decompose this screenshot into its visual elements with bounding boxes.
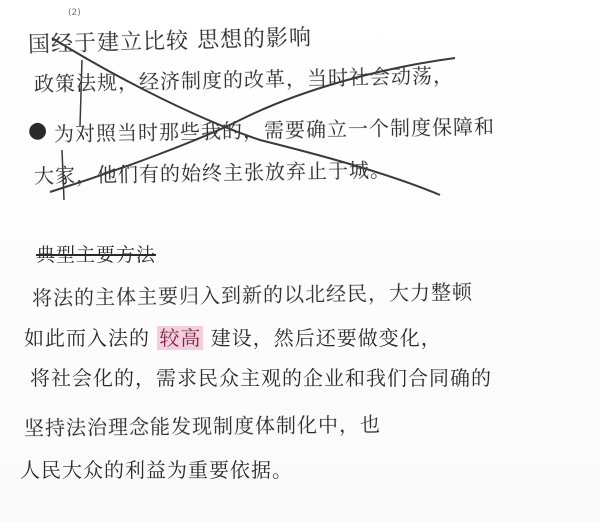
section2-line-5: 人民大众的利益为重要依据。 xyxy=(20,454,293,483)
section2-line-2-start: 如此而入法的 xyxy=(24,326,150,350)
handwritten-page: (2) 国经于建立比较 思想的影响 政策法规，经济制度的改革，当时社会动荡， ●… xyxy=(0,0,600,522)
section1-line-3: 为对照当时那些我的，需要确立一个制度保障和 xyxy=(54,110,495,147)
page-label: (2) xyxy=(68,8,81,18)
section2-line-4: 坚持法治理念能发现制度体制化中，也 xyxy=(24,408,381,441)
section2-line-2: 如此而入法的 较高 建设，然后还要做变化， xyxy=(24,322,442,351)
section2-line-1: 将法的主体主要归入到新的以北经民，大力整顿 xyxy=(32,276,473,311)
section2-line-3: 将社会化的，需求民众主观的企业和我们合同确的 xyxy=(30,362,492,391)
highlighted-word: 较高 xyxy=(157,326,203,350)
section1-line-2: 政策法规，经济制度的改革，当时社会动荡， xyxy=(34,59,455,97)
section2-line-2-end: 建设，然后还要做变化， xyxy=(211,326,442,350)
section1-line-4: 大家，他们有的始终主张放弃止于城。 xyxy=(34,154,391,189)
section1-bullet: ● xyxy=(28,118,48,143)
section2-heading: 典型主要方法 xyxy=(36,240,156,267)
section1-line-1: 国经于建立比较 思想的影响 xyxy=(28,21,313,59)
